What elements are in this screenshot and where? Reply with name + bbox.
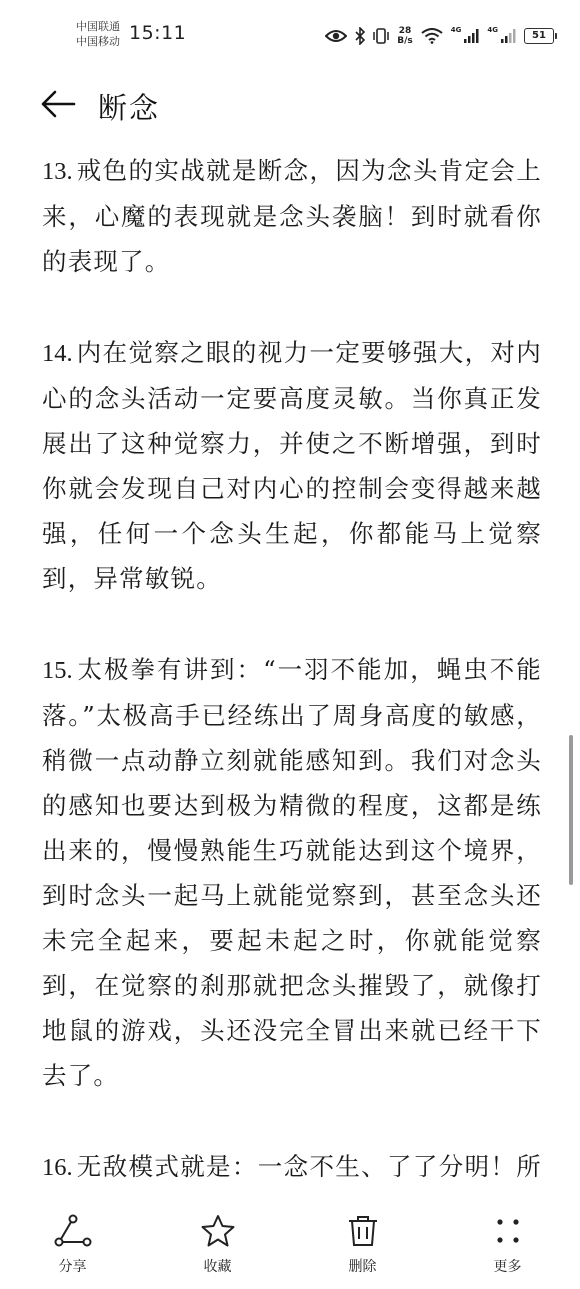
signal-1-label: 4G [451, 26, 462, 34]
status-bar: 中国联通 中国移动 15:11 28 B/s 4G 4G 51 [0, 0, 580, 70]
delete-button[interactable]: 删除 [290, 1200, 435, 1289]
clock: 15:11 [129, 22, 186, 44]
trash-icon [346, 1214, 380, 1248]
more-dots-icon [493, 1214, 523, 1248]
paragraph-14: 14.内在觉察之眼的视力一定要够强大，对内心的念头活动一定要高度灵敏。当你真正发… [42, 330, 542, 601]
wifi-icon [421, 28, 443, 44]
signal-icon [463, 28, 479, 44]
delete-label: 删除 [349, 1256, 377, 1276]
carrier-info: 中国联通 中国移动 [76, 19, 120, 49]
more-label: 更多 [494, 1256, 522, 1276]
page-title: 断念 [98, 86, 160, 127]
bottom-action-bar: 分享 收藏 删除 更多 [0, 1200, 580, 1289]
battery-icon: 51 [524, 28, 554, 44]
note-content: 13.戒色的实战就是断念，因为念头肯定会上来，心魔的表现就是念头袭脑！到时就看你… [42, 148, 542, 1281]
vibrate-icon [373, 27, 389, 45]
favorite-button[interactable]: 收藏 [145, 1200, 290, 1289]
header: 断念 [0, 78, 580, 134]
signal-2-label: 4G [487, 26, 498, 34]
paragraph-13: 13.戒色的实战就是断念，因为念头肯定会上来，心魔的表现就是念头袭脑！到时就看你… [42, 148, 542, 284]
scrollbar[interactable] [569, 735, 573, 885]
status-icons: 28 B/s 4G 4G 51 [325, 22, 554, 50]
share-icon [53, 1214, 93, 1248]
share-button[interactable]: 分享 [0, 1200, 145, 1289]
back-button[interactable] [38, 88, 78, 124]
more-button[interactable]: 更多 [435, 1200, 580, 1289]
paragraph-15: 15.太极拳有讲到：“一羽不能加，蝇虫不能落。”太极高手已经练出了周身高度的敏感… [42, 647, 542, 1098]
net-speed: 28 B/s [397, 26, 413, 46]
carrier-1: 中国联通 [76, 19, 120, 34]
arrow-left-icon [40, 89, 76, 123]
favorite-label: 收藏 [204, 1256, 232, 1276]
eye-comfort-icon [325, 29, 347, 43]
bluetooth-icon [355, 27, 365, 45]
signal-icon [500, 28, 516, 44]
carrier-2: 中国移动 [76, 34, 120, 49]
star-icon [200, 1214, 236, 1248]
share-label: 分享 [59, 1256, 87, 1276]
